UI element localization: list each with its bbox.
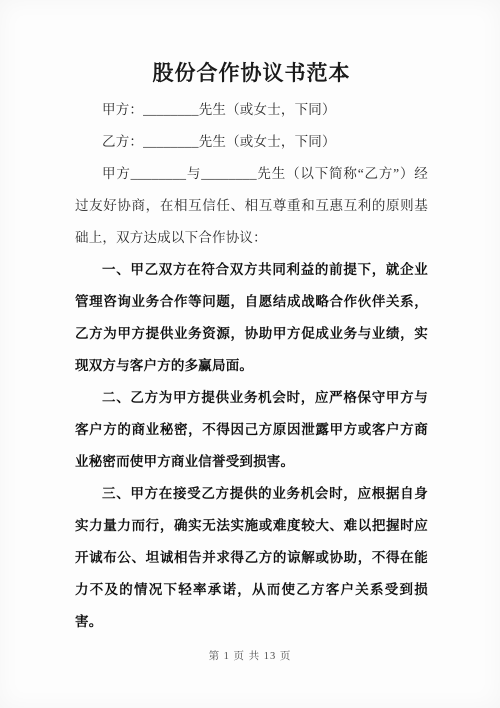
page-number-footer: 第 1 页 共 13 页 [0, 648, 500, 663]
party-b-line: 乙方：________先生（或女士，下同） [75, 126, 428, 158]
clause-3-paragraph: 三、甲方在接受乙方提供的业务机会时，应根据自身实力量力而行，确实无法实施或难度较… [75, 478, 428, 638]
document-page: 股份合作协议书范本 甲方：________先生（或女士，下同） 乙方：_____… [0, 0, 500, 708]
preamble-paragraph: 甲方________与________先生（以下简称“乙方”）经过友好协商，在相… [75, 158, 428, 254]
clause-2-paragraph: 二、乙方为甲方提供业务机会时，应严格保守甲方与客户方的商业秘密，不得因己方原因泄… [75, 382, 428, 478]
party-a-line: 甲方：________先生（或女士，下同） [75, 94, 428, 126]
document-content: 股份合作协议书范本 甲方：________先生（或女士，下同） 乙方：_____… [0, 0, 500, 638]
clause-1-paragraph: 一、甲乙双方在符合双方共同利益的前提下，就企业管理咨询业务合作等问题，自愿结成战… [75, 254, 428, 382]
document-title: 股份合作协议书范本 [75, 58, 428, 88]
